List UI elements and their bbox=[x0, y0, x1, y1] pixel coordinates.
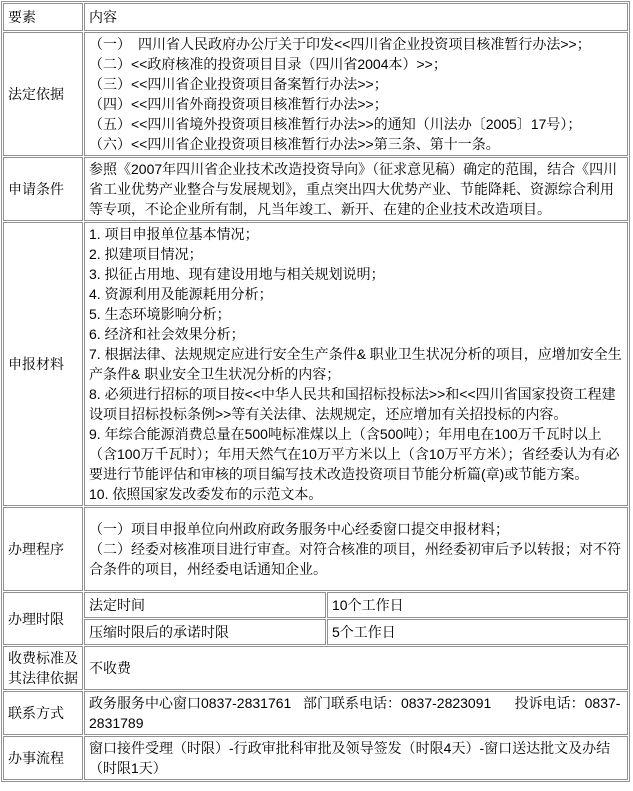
text-line: （六）<<四川省企业投资项目核准暂行办法>>第三条、第十一条。 bbox=[89, 134, 623, 154]
row-label-text: 收费标准及其法律依据 bbox=[8, 648, 78, 688]
row-process-flow: 办事流程 窗口接件受理（时限）-行政审批科审批及领导签发（时限4天）-窗口送达批… bbox=[3, 736, 628, 780]
row-content-legal-basis: （一） 四川省人民政府办公厅关于印发<<四川省企业投资项目核准暂行办法>>； （… bbox=[84, 32, 628, 156]
row-content-fees: 不收费 bbox=[84, 646, 628, 690]
row-label-text: 申报材料 bbox=[8, 354, 78, 374]
text-line: 7. 根据法律、法规规定应进行安全生产条件& 职业卫生状况分析的项目，应增加安全… bbox=[89, 344, 623, 384]
text-line: 不收费 bbox=[89, 658, 623, 678]
text-line: 法定时间 bbox=[89, 595, 321, 615]
text-line: 9. 年综合能源消费总量在500吨标准煤以上（含500吨）；年用电在100万千瓦… bbox=[89, 424, 623, 484]
text-line: （三）<<四川省企业投资项目备案暂行办法>>； bbox=[89, 74, 623, 94]
row-content-contact: 政务服务中心窗口0837-2831761 部门联系电话：0837-2823091… bbox=[84, 691, 628, 735]
text-line: 4. 资源利用及能源耗用分析； bbox=[89, 284, 623, 304]
row-content-application-conditions: 参照《2007年四川省企业技术改造投资导向》（征求意见稿）确定的范围，结合《四川… bbox=[84, 157, 628, 221]
row-label-process-flow: 办事流程 bbox=[3, 736, 83, 780]
row-legal-basis: 法定依据 （一） 四川省人民政府办公厅关于印发<<四川省企业投资项目核准暂行办法… bbox=[3, 32, 628, 156]
text-line: 8. 必须进行招标的项目按<<中华人民共和国招标投标法>>和<<四川省国家投资工… bbox=[89, 384, 623, 424]
time-limit-statutory-value: 10个工作日 bbox=[327, 592, 628, 618]
row-label-time-limit: 办理时限 bbox=[3, 592, 83, 645]
row-application-conditions: 申请条件 参照《2007年四川省企业技术改造投资导向》（征求意见稿）确定的范围，… bbox=[3, 157, 628, 221]
row-label-procedure: 办理程序 bbox=[3, 507, 83, 591]
text-line: 5个工作日 bbox=[332, 622, 623, 642]
row-content-application-materials: 1. 项目申报单位基本情况； 2. 拟建项目情况； 3. 拟征占用地、现有建设用… bbox=[84, 222, 628, 506]
text-paragraph: 政务服务中心窗口0837-2831761 部门联系电话：0837-2823091… bbox=[89, 693, 623, 733]
document-page: 要素 内容 法定依据 （一） 四川省人民政府办公厅关于印发<<四川省企业投资项目… bbox=[0, 0, 633, 791]
row-procedure: 办理程序 （一）项目申报单位向州政府政务服务中心经委窗口提交申报材料； （二）经… bbox=[3, 507, 628, 591]
text-line: 3. 拟征占用地、现有建设用地与相关规划说明； bbox=[89, 264, 623, 284]
service-item-info-table: 要素 内容 法定依据 （一） 四川省人民政府办公厅关于印发<<四川省企业投资项目… bbox=[1, 1, 630, 782]
text-line: 压缩时限后的承诺时限 bbox=[89, 622, 321, 642]
row-content-procedure: （一）项目申报单位向州政府政务服务中心经委窗口提交申报材料； （二）经委对核准项… bbox=[84, 507, 628, 591]
row-label-application-conditions: 申请条件 bbox=[3, 157, 83, 221]
header-label-element: 要素 bbox=[8, 7, 78, 27]
text-line: 5. 生态环境影响分析； bbox=[89, 304, 623, 324]
row-label-legal-basis: 法定依据 bbox=[3, 32, 83, 156]
row-label-text: 法定依据 bbox=[8, 84, 78, 104]
text-line: 2. 拟建项目情况； bbox=[89, 244, 623, 264]
row-time-limit-statutory: 办理时限 法定时间 10个工作日 bbox=[3, 592, 628, 618]
text-line: （一）项目申报单位向州政府政务服务中心经委窗口提交申报材料； bbox=[89, 519, 623, 539]
table-header-row: 要素 内容 bbox=[3, 3, 628, 31]
row-label-text: 办理时限 bbox=[8, 609, 78, 629]
text-line: （二）经委对核准项目进行审查。对符合核准的项目，州经委初审后予以转报；对不符合条… bbox=[89, 539, 623, 579]
time-limit-promised-name: 压缩时限后的承诺时限 bbox=[84, 619, 326, 645]
header-label-content: 内容 bbox=[89, 7, 623, 27]
text-paragraph: 窗口接件受理（时限）-行政审批科审批及领导签发（时限4天）-窗口送达批文及办结（… bbox=[89, 738, 623, 778]
text-line: （一） 四川省人民政府办公厅关于印发<<四川省企业投资项目核准暂行办法>>； bbox=[89, 34, 623, 54]
text-paragraph: 参照《2007年四川省企业技术改造投资导向》（征求意见稿）确定的范围，结合《四川… bbox=[89, 159, 623, 219]
header-cell-element: 要素 bbox=[3, 3, 83, 31]
row-label-fees: 收费标准及其法律依据 bbox=[3, 646, 83, 690]
row-label-text: 办理程序 bbox=[8, 539, 78, 559]
row-label-text: 申请条件 bbox=[8, 179, 78, 199]
text-line: （五）<<四川省境外投资项目核准暂行办法>>的通知（川法办〔2005〕17号）； bbox=[89, 114, 623, 134]
text-line: （二）<<政府核准的投资项目目录（四川省2004本）>>； bbox=[89, 54, 623, 74]
row-contact: 联系方式 政务服务中心窗口0837-2831761 部门联系电话：0837-28… bbox=[3, 691, 628, 735]
text-line: 10个工作日 bbox=[332, 595, 623, 615]
time-limit-promised-value: 5个工作日 bbox=[327, 619, 628, 645]
text-line: 10. 依照国家发改委发布的示范文本。 bbox=[89, 484, 623, 504]
text-line: 1. 项目申报单位基本情况； bbox=[89, 224, 623, 244]
header-cell-content: 内容 bbox=[84, 3, 628, 31]
text-line: （四）<<四川省外商投资项目核准暂行办法>>； bbox=[89, 94, 623, 114]
row-fees: 收费标准及其法律依据 不收费 bbox=[3, 646, 628, 690]
row-label-text: 办事流程 bbox=[8, 748, 78, 768]
row-label-contact: 联系方式 bbox=[3, 691, 83, 735]
row-time-limit-promised: 压缩时限后的承诺时限 5个工作日 bbox=[3, 619, 628, 645]
text-line: 6. 经济和社会效果分析； bbox=[89, 324, 623, 344]
row-label-application-materials: 申报材料 bbox=[3, 222, 83, 506]
row-label-text: 联系方式 bbox=[8, 703, 78, 723]
time-limit-statutory-name: 法定时间 bbox=[84, 592, 326, 618]
row-content-process-flow: 窗口接件受理（时限）-行政审批科审批及领导签发（时限4天）-窗口送达批文及办结（… bbox=[84, 736, 628, 780]
row-application-materials: 申报材料 1. 项目申报单位基本情况； 2. 拟建项目情况； 3. 拟征占用地、… bbox=[3, 222, 628, 506]
